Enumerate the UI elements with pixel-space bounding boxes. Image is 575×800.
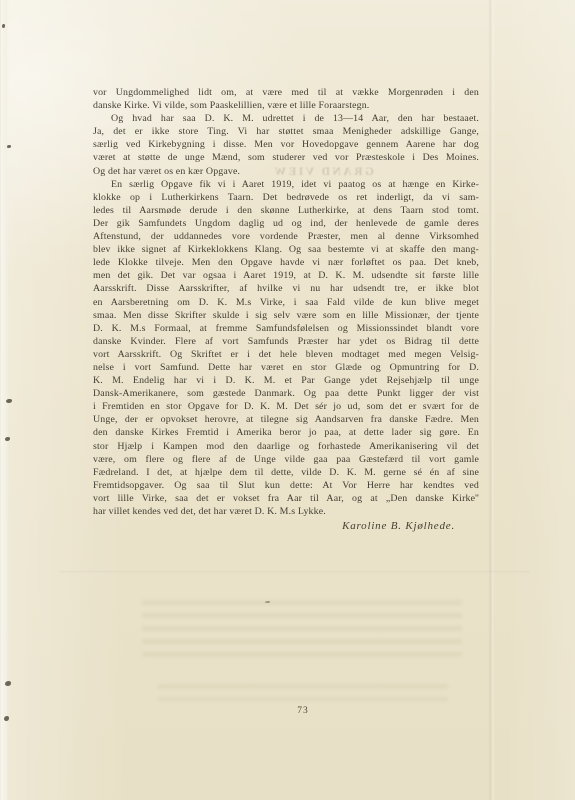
text-line: blev ikke signet af Kirkeklokkens Klang.… — [93, 243, 479, 256]
text-line: lede Klokke tilveje. Men den Opgave havd… — [93, 256, 479, 269]
binding-hole — [5, 681, 11, 686]
text-line: stor Hjælp i Kampen mod den daarlige og … — [93, 440, 479, 453]
binding-hole — [6, 399, 12, 403]
text-line: ledes til Aarsmøde derude i den skønne L… — [93, 204, 479, 217]
paragraph: En særlig Opgave fik vi i Aaret 1919, id… — [93, 178, 479, 518]
text-line: smaa. Men disse Skrifter skulde i sig se… — [93, 309, 479, 322]
text-line: den danske Kirkes Fremtid i Amerika bero… — [93, 426, 479, 439]
body-text: vor Ungdommelighed lidt om, at være med … — [93, 86, 479, 518]
crease-line — [488, 0, 495, 800]
paragraph: vor Ungdommelighed lidt om, at være med … — [93, 86, 479, 112]
text-line: Og det har været os en kær Opgave. — [93, 165, 479, 178]
ink-speck — [7, 145, 11, 148]
text-line: vort Aarsskrift. Og Skriftet er i det he… — [93, 348, 479, 361]
text-line: danske Kirke. Vi vilde, som Paaskelillie… — [93, 99, 479, 112]
bleed-through-smudge — [142, 600, 462, 658]
text-line: D. K. M.s Formaal, at fremme Samfundsføl… — [93, 322, 479, 335]
text-line: En særlig Opgave fik vi i Aaret 1919, id… — [93, 178, 479, 191]
text-line: Aarsskrift. Disse Aarsskrifter, af hvilk… — [93, 282, 479, 295]
text-line: K. M. Endelig har vi i D. K. M. et Par G… — [93, 374, 479, 387]
page-number: 73 — [110, 706, 496, 716]
text-line: klokke op i Lutherkirkens Taarn. Det bed… — [93, 191, 479, 204]
text-line: en Aarsberetning om D. K. M.s Virke, i s… — [93, 296, 479, 309]
text-line: Aftenstund, der uddannedes vore vordende… — [93, 230, 479, 243]
binding-hole — [5, 437, 10, 441]
text-line: Dansk-Amerikanere, som gæstede Danmark. … — [93, 387, 479, 400]
text-line: Fædreland. I det, at hjælpe dem til dett… — [93, 466, 479, 479]
text-line: være, om flere og flere af de Unge vilde… — [93, 453, 479, 466]
crease-line — [60, 571, 530, 574]
text-line: Fremtidsopgaver. Og saa til Slut kun det… — [93, 479, 479, 492]
text-line: Ja, det er ikke store Ting. Vi har støtt… — [93, 125, 479, 138]
text-line: vor Ungdommelighed lidt om, at være med … — [93, 86, 479, 99]
signature: Karoline B. Kjølhede. — [93, 520, 479, 532]
scanned-page: GRAND VIEW vor Ungdommelighed lidt om, a… — [0, 0, 575, 800]
text-line: i Fremtiden en stor Opgave for D. K. M. … — [93, 400, 479, 413]
text-line: Og hvad har saa D. K. M. udrettet i de 1… — [93, 112, 479, 125]
text-line: vort lille Virke, saa det er vokset fra … — [93, 492, 479, 505]
text-line: Der gik Samfundets Ungdom daglig ud og i… — [93, 217, 479, 230]
text-line: men det gik. Det var ogsaa i Aaret 1919,… — [93, 269, 479, 282]
paragraph: Og hvad har saa D. K. M. udrettet i de 1… — [93, 112, 479, 177]
text-line: været at støtte de unge Mænd, som studer… — [93, 151, 479, 164]
text-line: danske Kvinder. Flere af vort Samfunds P… — [93, 335, 479, 348]
text-line: Unge, der er opvokset herovre, at tilegn… — [93, 413, 479, 426]
bleed-through-smudge — [158, 684, 448, 701]
text-line: nelse i vort Samfund. Dette har været en… — [93, 361, 479, 374]
text-line: har villet kendes ved det, det har været… — [93, 505, 479, 518]
text-line: særlig ved Kirkebygning i disse. Men vor… — [93, 138, 479, 151]
